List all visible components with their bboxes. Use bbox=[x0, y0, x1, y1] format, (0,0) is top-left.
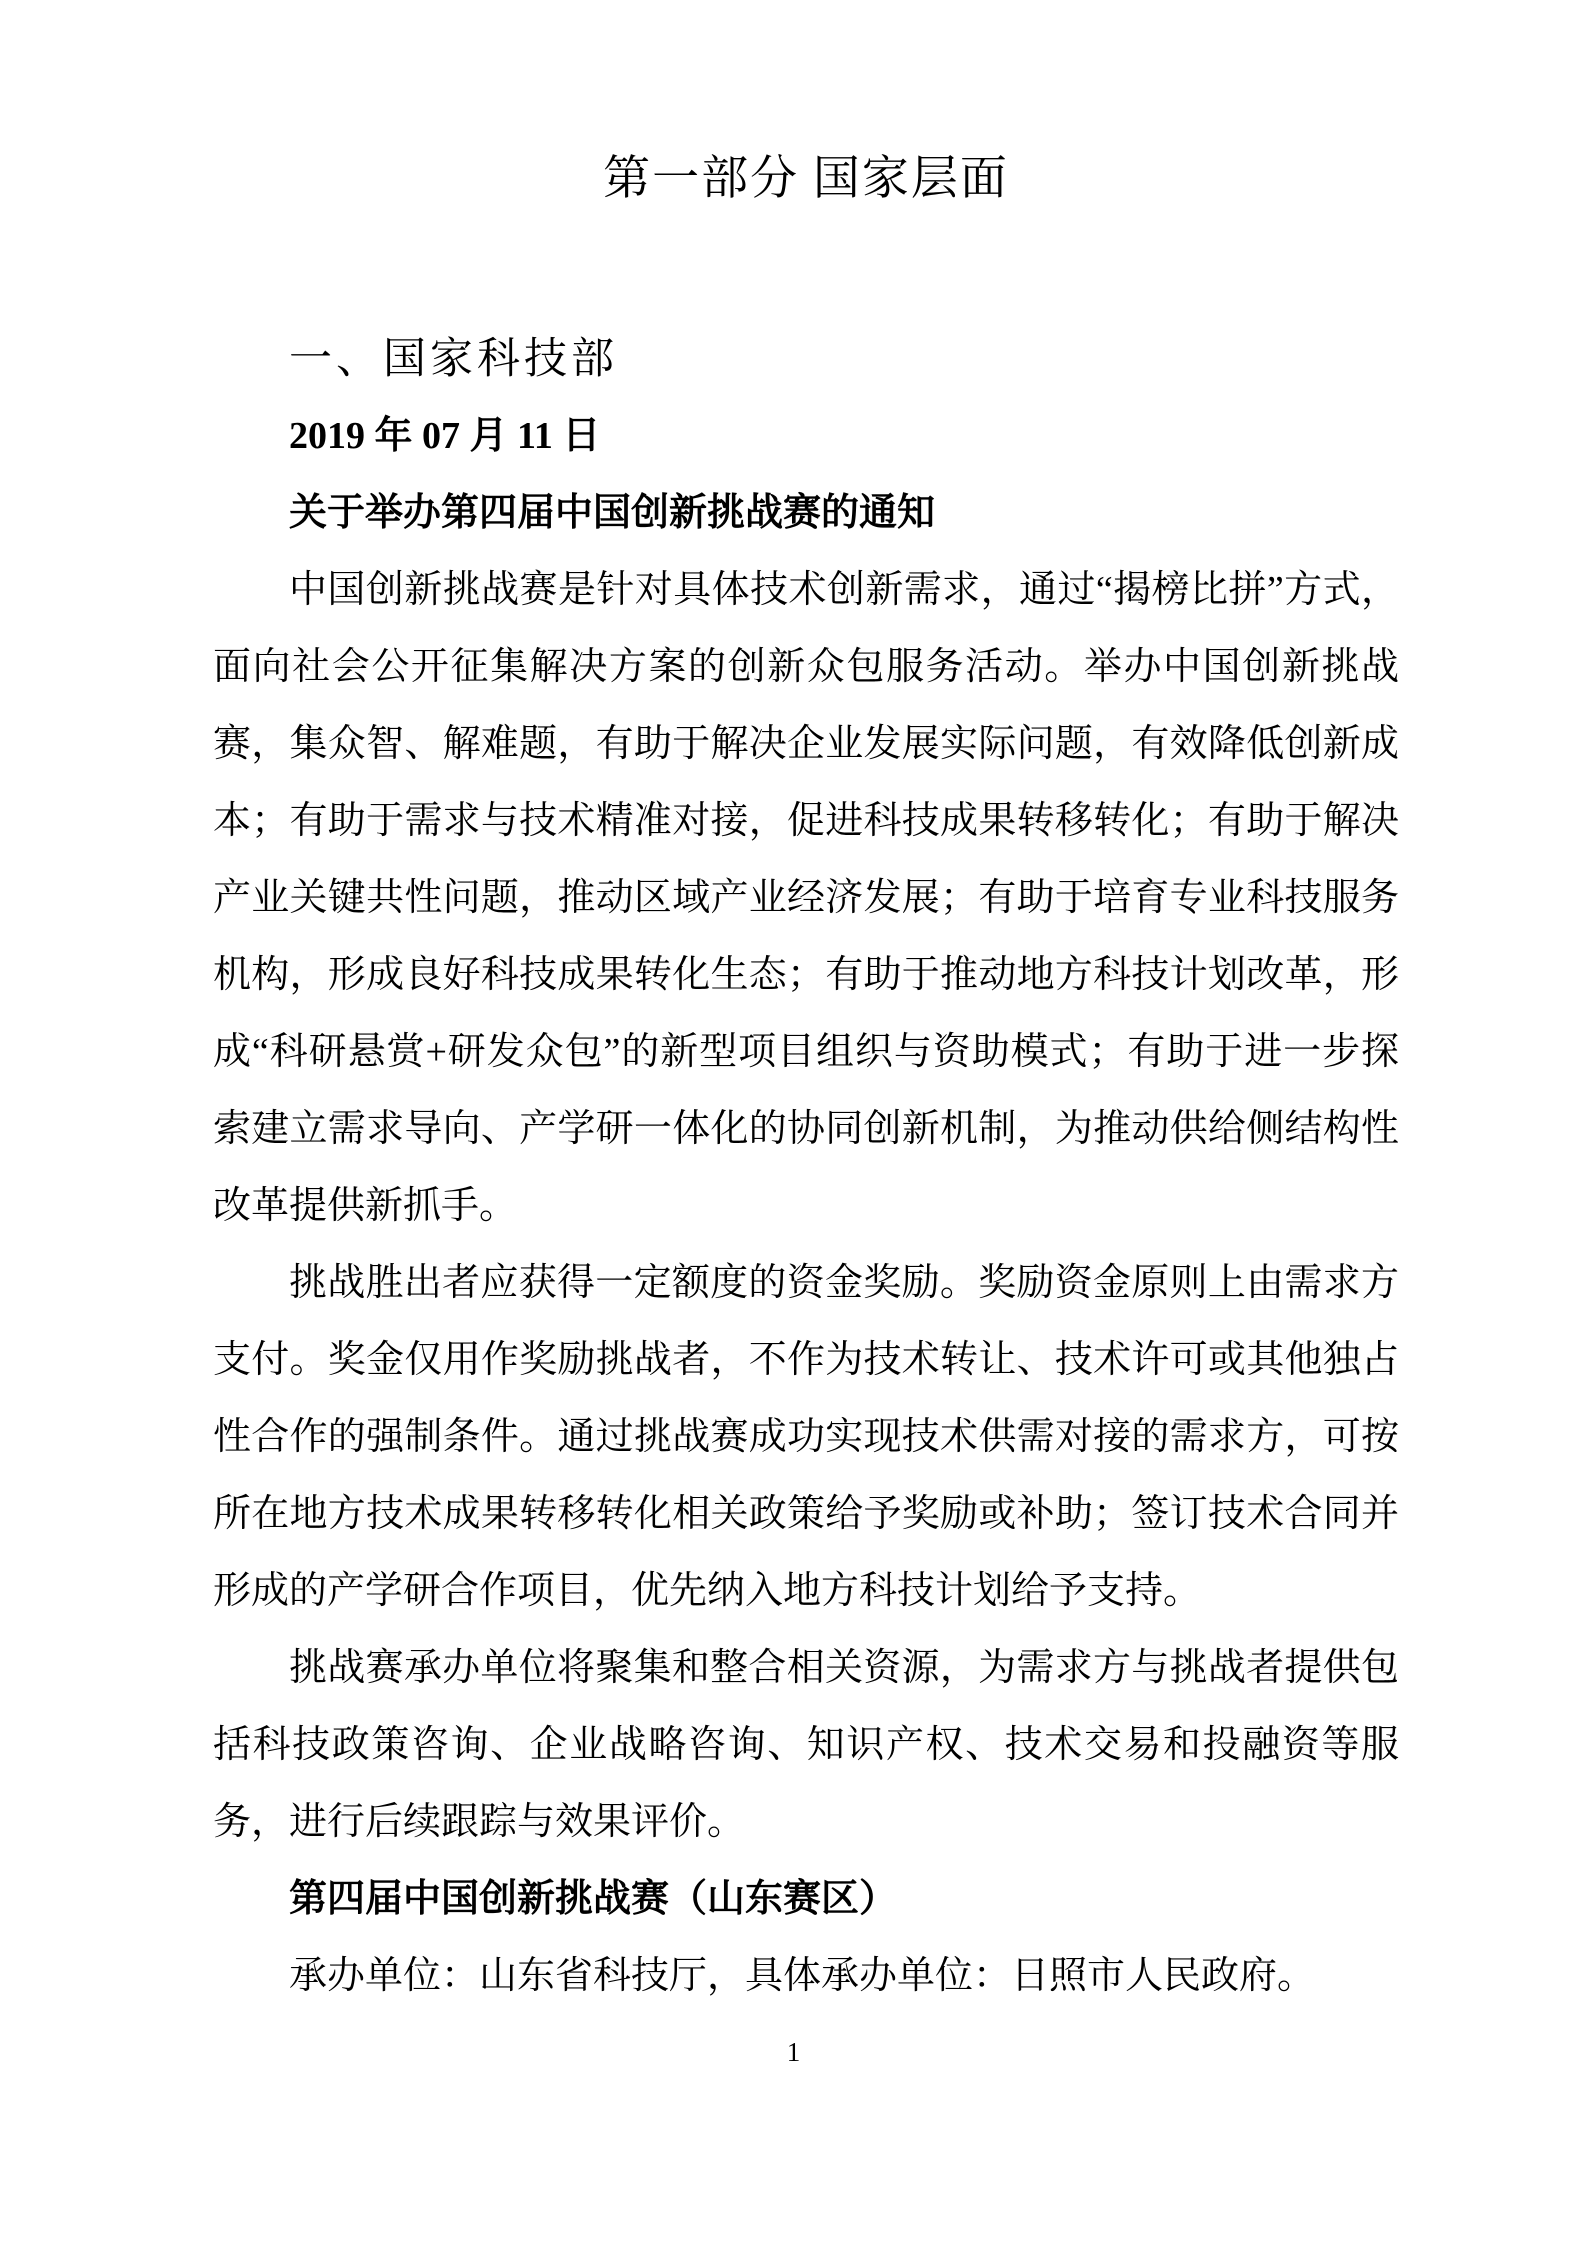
subheading: 第四届中国创新挑战赛（山东赛区） bbox=[213, 1861, 1399, 1938]
date-line: 2019 年 07 月 11 日 bbox=[213, 398, 1399, 475]
body-paragraph-3: 挑战赛承办单位将聚集和整合相关资源，为需求方与挑战者提供包括科技政策咨询、企业战… bbox=[213, 1630, 1399, 1861]
notice-title: 关于举办第四届中国创新挑战赛的通知 bbox=[213, 475, 1399, 552]
closing-paragraph: 承办单位：山东省科技厅，具体承办单位：日照市人民政府。 bbox=[213, 1938, 1399, 2015]
body-paragraph-2: 挑战胜出者应获得一定额度的资金奖励。奖励资金原则上由需求方支付。奖金仅用作奖励挑… bbox=[213, 1245, 1399, 1630]
page-number: 1 bbox=[0, 2036, 1587, 2068]
document-title: 第一部分 国家层面 bbox=[213, 150, 1399, 209]
section-heading: 一、国家科技部 bbox=[289, 335, 1399, 384]
document-page: 第一部分 国家层面 一、国家科技部 2019 年 07 月 11 日 关于举办第… bbox=[0, 0, 1587, 2245]
body-paragraph-1: 中国创新挑战赛是针对具体技术创新需求，通过“揭榜比拼”方式，面向社会公开征集解决… bbox=[213, 552, 1399, 1245]
document-content: 第一部分 国家层面 一、国家科技部 2019 年 07 月 11 日 关于举办第… bbox=[213, 0, 1399, 2015]
